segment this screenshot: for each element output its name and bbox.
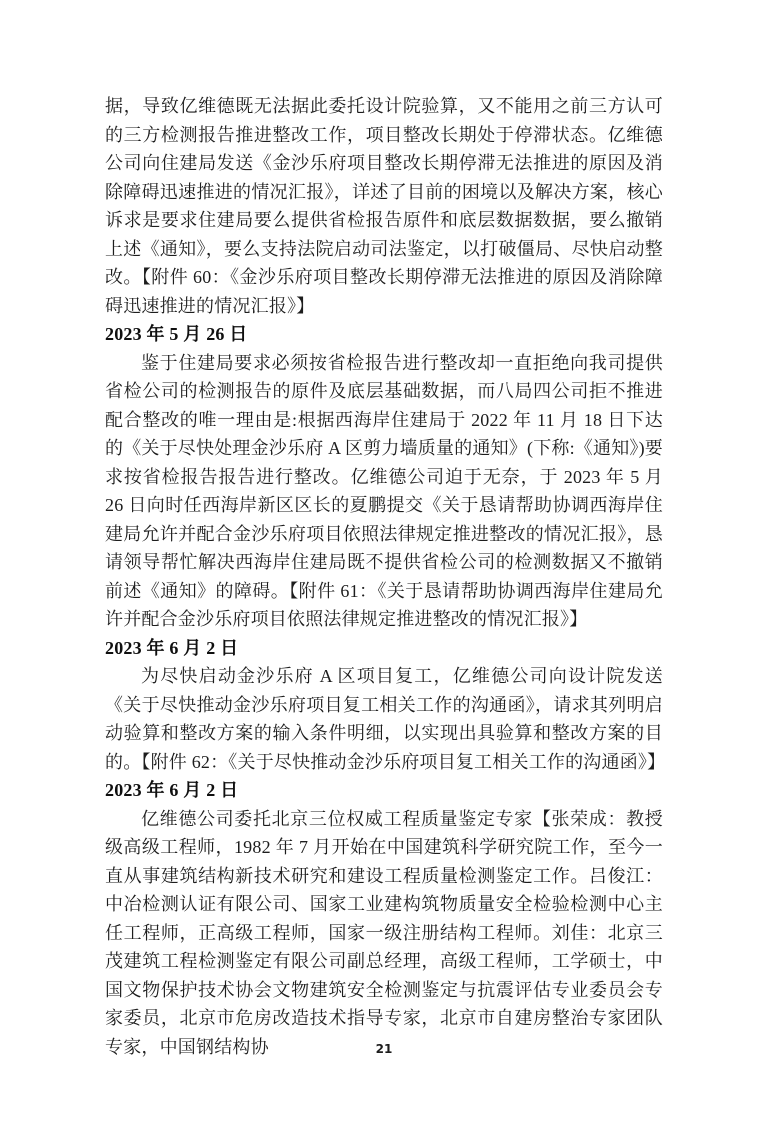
document-content: 据，导致亿维德既无法据此委托设计院验算，又不能用之前三方认可的三方检测报告推进整…	[105, 92, 663, 1061]
date-heading: 2023 年 5 月 26 日	[105, 320, 663, 349]
paragraph: 据，导致亿维德既无法据此委托设计院验算，又不能用之前三方认可的三方检测报告推进整…	[105, 92, 663, 320]
paragraph: 鉴于住建局要求必须按省检报告进行整改却一直拒绝向我司提供省检公司的检测报告的原件…	[105, 349, 663, 634]
date-heading: 2023 年 6 月 2 日	[105, 776, 663, 805]
paragraph: 为尽快启动金沙乐府 A 区项目复工，亿维德公司向设计院发送《关于尽快推动金沙乐府…	[105, 662, 663, 776]
paragraph: 亿维德公司委托北京三位权威工程质量鉴定专家【张荣成：教授级高级工程师，1982 …	[105, 805, 663, 1062]
document-page: 据，导致亿维德既无法据此委托设计院验算，又不能用之前三方认可的三方检测报告推进整…	[0, 0, 768, 1131]
date-heading: 2023 年 6 月 2 日	[105, 634, 663, 663]
page-number: 21	[0, 1042, 768, 1056]
